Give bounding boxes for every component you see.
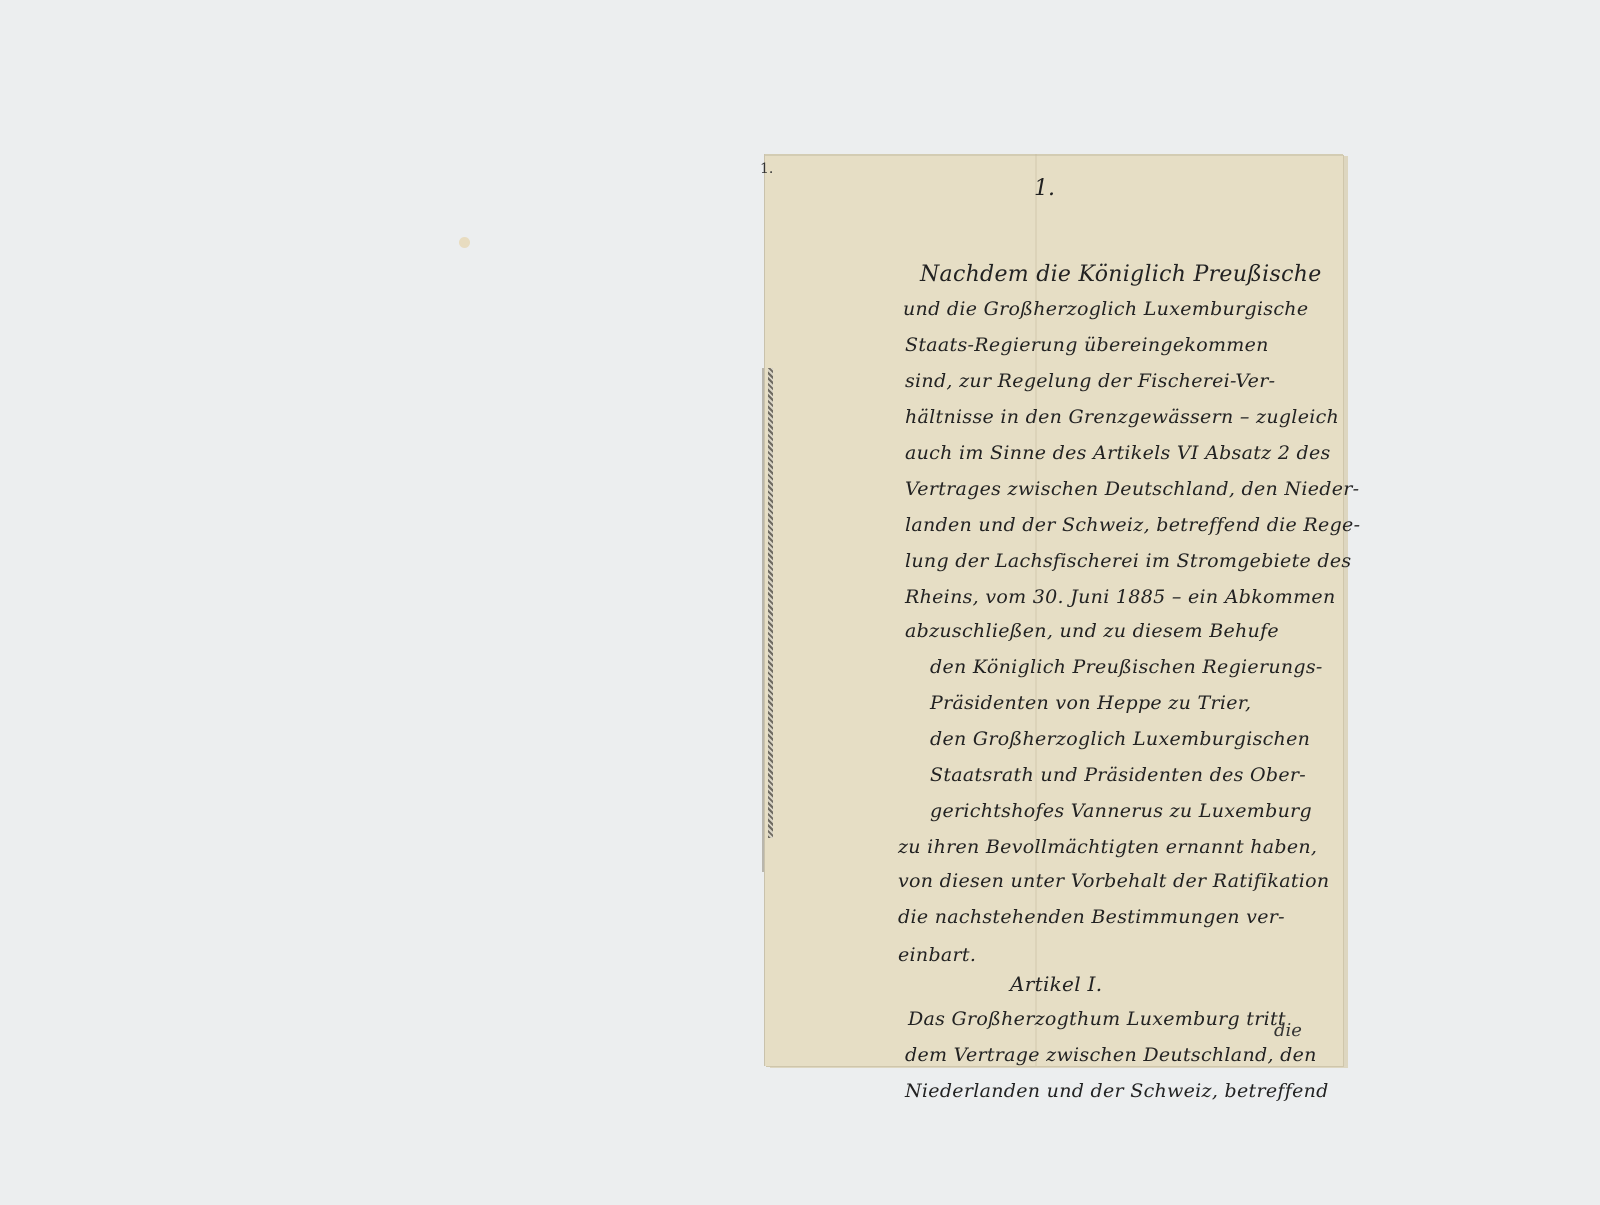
text-line: abzuschließen, und zu diesem Behufe <box>905 620 1279 642</box>
page-number: 1. <box>1034 176 1055 201</box>
text-line: den Großherzoglich Luxemburgischen <box>930 728 1310 750</box>
text-line: Niederlanden und der Schweiz, betreffend <box>905 1080 1329 1102</box>
text-line: Präsidenten von Heppe zu Trier, <box>930 692 1251 714</box>
text-line: Vertrages zwischen Deutschland, den Nied… <box>905 478 1359 500</box>
text-line: von diesen unter Vorbehalt der Ratifikat… <box>898 870 1329 892</box>
page-fold <box>1035 154 1037 1066</box>
binding-cord <box>768 368 773 838</box>
text-line: einbart. <box>898 944 976 966</box>
text-line: Staats-Regierung übereingekommen <box>905 334 1269 356</box>
manuscript-page <box>765 154 1343 1066</box>
text-line: dem Vertrage zwischen Deutschland, den <box>905 1044 1317 1066</box>
text-line: sind, zur Regelung der Fischerei-Ver- <box>905 370 1275 392</box>
text-line: gerichtshofes Vannerus zu Luxemburg <box>930 800 1312 822</box>
text-line: und die Großherzoglich Luxemburgische <box>903 298 1308 320</box>
article-heading: Artikel I. <box>1010 972 1102 996</box>
text-line: Nachdem die Königlich Preußische <box>920 262 1340 287</box>
text-line: zu ihren Bevollmächtigten ernannt haben, <box>898 836 1317 858</box>
corner-mark: 1. <box>760 164 773 174</box>
text-line: die nachstehenden Bestimmungen ver- <box>898 906 1285 928</box>
text-line: Das Großherzogthum Luxemburg tritt <box>908 1008 1286 1030</box>
paper-spot <box>459 237 470 248</box>
text-line: Rheins, vom 30. Juni 1885 – ein Abkommen <box>905 586 1336 608</box>
text-line: auch im Sinne des Artikels VI Absatz 2 d… <box>905 442 1331 464</box>
text-line: Staatsrath und Präsidenten des Ober- <box>930 764 1306 786</box>
text-line: hältnisse in den Grenzgewässern – zuglei… <box>905 406 1339 428</box>
text-line: landen und der Schweiz, betreffend die R… <box>905 514 1360 536</box>
text-line: den Königlich Preußischen Regierungs- <box>930 656 1323 678</box>
catchword: die <box>1274 1020 1302 1041</box>
text-line: lung der Lachsfischerei im Stromgebiete … <box>905 550 1351 572</box>
